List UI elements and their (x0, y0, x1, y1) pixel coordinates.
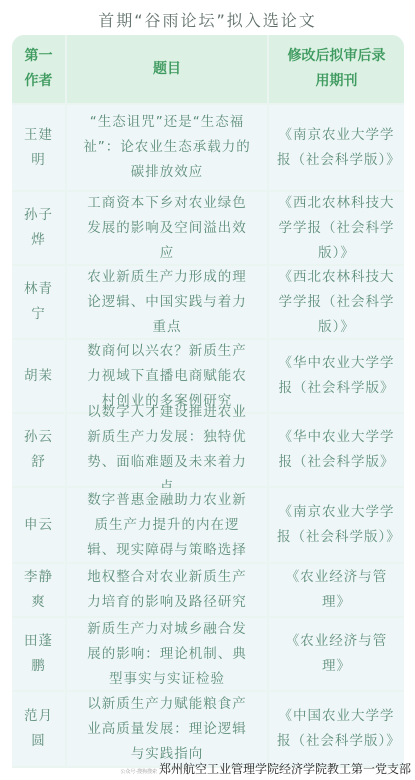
watermark: 公众号·搜狗搜索郑州航空工业管理学院经济学院教工第一党支部 (120, 760, 411, 777)
journal-cell: 《华中农业大学学报（社会科学版》 (269, 340, 404, 414)
title-cell: “生态诅咒”还是“生态福祉”：论农业生态承载力的碳排放效应 (67, 105, 269, 192)
title-cell: 新质生产力对城乡融合发展的影响：理论机制、典型事实与实证检验 (67, 618, 269, 692)
table-row: 李静爽 地权整合对农业新质生产力培育的影响及路径研究 《农业经济与管理》 (12, 564, 404, 618)
table-row: 林青宁 农业新质生产力形成的理论逻辑、中国实践与着力重点 《西北农林科技大学学报… (12, 266, 404, 340)
author-cell: 范月圆 (12, 692, 67, 768)
author-cell: 王建明 (12, 105, 67, 192)
table-row: 申云 数字普惠金融助力农业新质生产力提升的内在逻辑、现实障碍与策略选择 《南京农… (12, 488, 404, 564)
author-cell: 李静爽 (12, 564, 67, 618)
journal-cell: 《农业经济与管理》 (269, 618, 404, 692)
journal-cell: 《南京农业大学学报（社会科学版）》 (269, 488, 404, 564)
table-row: 孙子烨 工商资本下乡对农业绿色发展的影响及空间溢出效应 《西北农林科技大学学报（… (12, 192, 404, 266)
author-cell: 孙云舒 (12, 414, 67, 488)
table-row: 孙云舒 以数字人才建设推进农业新质生产力发展：独特优势、面临难题及未来着力点 《… (12, 414, 404, 488)
journal-cell: 《华中农业大学学报（社会科学版》 (269, 414, 404, 488)
table-header-row: 第一作者 题目 修改后拟审后录用期刊 (12, 35, 404, 105)
title-cell: 数字普惠金融助力农业新质生产力提升的内在逻辑、现实障碍与策略选择 (67, 488, 269, 564)
title-cell: 农业新质生产力形成的理论逻辑、中国实践与着力重点 (67, 266, 269, 340)
title-cell: 以新质生产力赋能粮食产业高质量发展：理论逻辑与实践指向 (67, 692, 269, 768)
papers-table: 第一作者 题目 修改后拟审后录用期刊 王建明 “生态诅咒”还是“生态福祉”：论农… (12, 35, 404, 768)
journal-cell: 《农业经济与管理》 (269, 564, 404, 618)
author-cell: 田蓬鹏 (12, 618, 67, 692)
header-journal: 修改后拟审后录用期刊 (269, 35, 404, 105)
journal-cell: 《中国农业大学学报（社会科学版）》 (269, 692, 404, 768)
journal-cell: 《西北农林科技大学学报（社会科学版）》 (269, 266, 404, 340)
author-cell: 孙子烨 (12, 192, 67, 266)
title-cell: 以数字人才建设推进农业新质生产力发展：独特优势、面临难题及未来着力点 (67, 414, 269, 488)
watermark-text: 郑州航空工业管理学院经济学院教工第一党支部 (159, 762, 411, 776)
page-title: 首期“谷雨论坛”拟入选论文 (0, 8, 415, 31)
header-title: 题目 (67, 35, 269, 105)
watermark-source: 公众号·搜狗搜索 (120, 769, 157, 775)
table-row: 王建明 “生态诅咒”还是“生态福祉”：论农业生态承载力的碳排放效应 《南京农业大… (12, 105, 404, 192)
author-cell: 林青宁 (12, 266, 67, 340)
header-author: 第一作者 (12, 35, 67, 105)
journal-cell: 《南京农业大学学报（社会科学版）》 (269, 105, 404, 192)
title-cell: 工商资本下乡对农业绿色发展的影响及空间溢出效应 (67, 192, 269, 266)
author-cell: 胡茉 (12, 340, 67, 414)
table-row: 田蓬鹏 新质生产力对城乡融合发展的影响：理论机制、典型事实与实证检验 《农业经济… (12, 618, 404, 692)
author-cell: 申云 (12, 488, 67, 564)
title-cell: 地权整合对农业新质生产力培育的影响及路径研究 (67, 564, 269, 618)
journal-cell: 《西北农林科技大学学报（社会科学版）》 (269, 192, 404, 266)
table-row: 范月圆 以新质生产力赋能粮食产业高质量发展：理论逻辑与实践指向 《中国农业大学学… (12, 692, 404, 768)
